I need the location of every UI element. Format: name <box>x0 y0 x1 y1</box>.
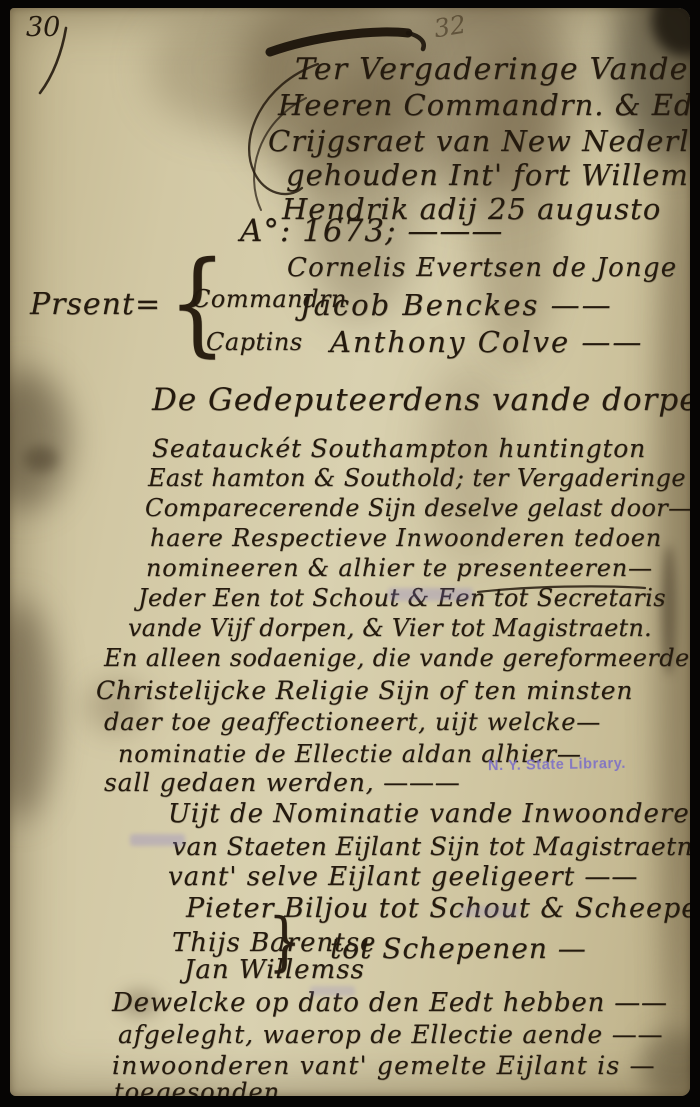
manuscript-line: nomineeren & alhier te presenteeren— <box>146 554 653 582</box>
manuscript-page: 30 32 Ter Vergaderinge Vande —Heeren Com… <box>10 8 690 1096</box>
manuscript-line: tot Schepenen — <box>330 932 587 965</box>
manuscript-line: toegesonden <box>114 1078 280 1096</box>
name-line: Anthony Colve —— <box>330 325 643 359</box>
name-line: Jacob Benckes —— <box>300 288 613 322</box>
manuscript-line: Christelijcke Religie Sijn of ten minste… <box>96 676 633 705</box>
faint-stamp-remnant <box>130 834 185 846</box>
manuscript-line: gehouden Int' fort Willem— <box>286 158 690 192</box>
manuscript-line: Crijgsraet van New Nederlt. <box>268 124 690 158</box>
top-ink-stroke <box>270 32 408 52</box>
faint-stamp-remnant <box>388 588 473 601</box>
paper-stain <box>24 446 58 472</box>
manuscript-line: vande Vijf dorpen, & Vier tot Magistraet… <box>128 614 652 642</box>
manuscript-line: Uijt de Nominatie vande Inwoonderen <box>168 799 690 829</box>
name-line: Pieter Biljou tot Schout & Scheepen <box>186 893 690 924</box>
manuscript-line: De Gedeputeerdens vande dorpen – <box>152 382 690 418</box>
manuscript-line: vant' selve Eijlant geeligeert —— <box>168 862 638 892</box>
manuscript-line: A°: 1673; ——— <box>240 213 503 249</box>
library-stamp: N. Y. State Library. <box>488 756 626 774</box>
brace-right: } <box>268 916 301 968</box>
manuscript-line: Heeren Commandrn. & Edle. <box>278 88 690 122</box>
manuscript-line: inwoonderen vant' gemelte Eijlant is — <box>112 1051 656 1080</box>
manuscript-line: Comparecerende Sijn deselve gelast door— <box>145 494 690 522</box>
manuscript-line: sall gedaen werden, ——— <box>104 768 461 797</box>
page-number-center: 32 <box>432 10 468 44</box>
manuscript-line: Seatauckét Southampton huntington <box>152 434 646 463</box>
paper-stain <box>652 8 690 56</box>
manuscript-line: En alleen sodaenige, die vande gereforme… <box>104 644 690 672</box>
manuscript-line: Dewelcke op dato den Eedt hebben —— <box>112 988 668 1018</box>
manuscript-line: daer toe geaffectioneert, uijt welcke— <box>104 708 601 736</box>
faint-stamp-remnant <box>460 906 520 917</box>
name-line: Cornelis Evertsen de Jonge <box>287 253 677 283</box>
present-label: Prsent= <box>30 287 161 322</box>
faint-stamp-remnant <box>310 986 355 996</box>
top-ink-stroke-tail <box>408 33 424 49</box>
role-label-captains: Captins <box>206 328 303 356</box>
manuscript-line: afgeleght, waerop de Ellectie aende —— <box>118 1020 663 1049</box>
paper-stain <box>10 370 70 510</box>
photograph-background: 30 32 Ter Vergaderinge Vande —Heeren Com… <box>0 0 700 1107</box>
page-number-left: 30 <box>26 12 60 43</box>
manuscript-line: van Staeten Eijlant Sijn tot Magistraetn <box>172 832 690 861</box>
page-surface: 30 32 Ter Vergaderinge Vande —Heeren Com… <box>10 8 690 1096</box>
manuscript-line: haere Respectieve Inwoonderen tedoen <box>150 524 662 552</box>
paper-stain <box>10 600 55 820</box>
manuscript-line: Ter Vergaderinge Vande — <box>295 52 690 87</box>
manuscript-line: East hamton & Southold; ter Vergaderinge <box>148 464 686 492</box>
